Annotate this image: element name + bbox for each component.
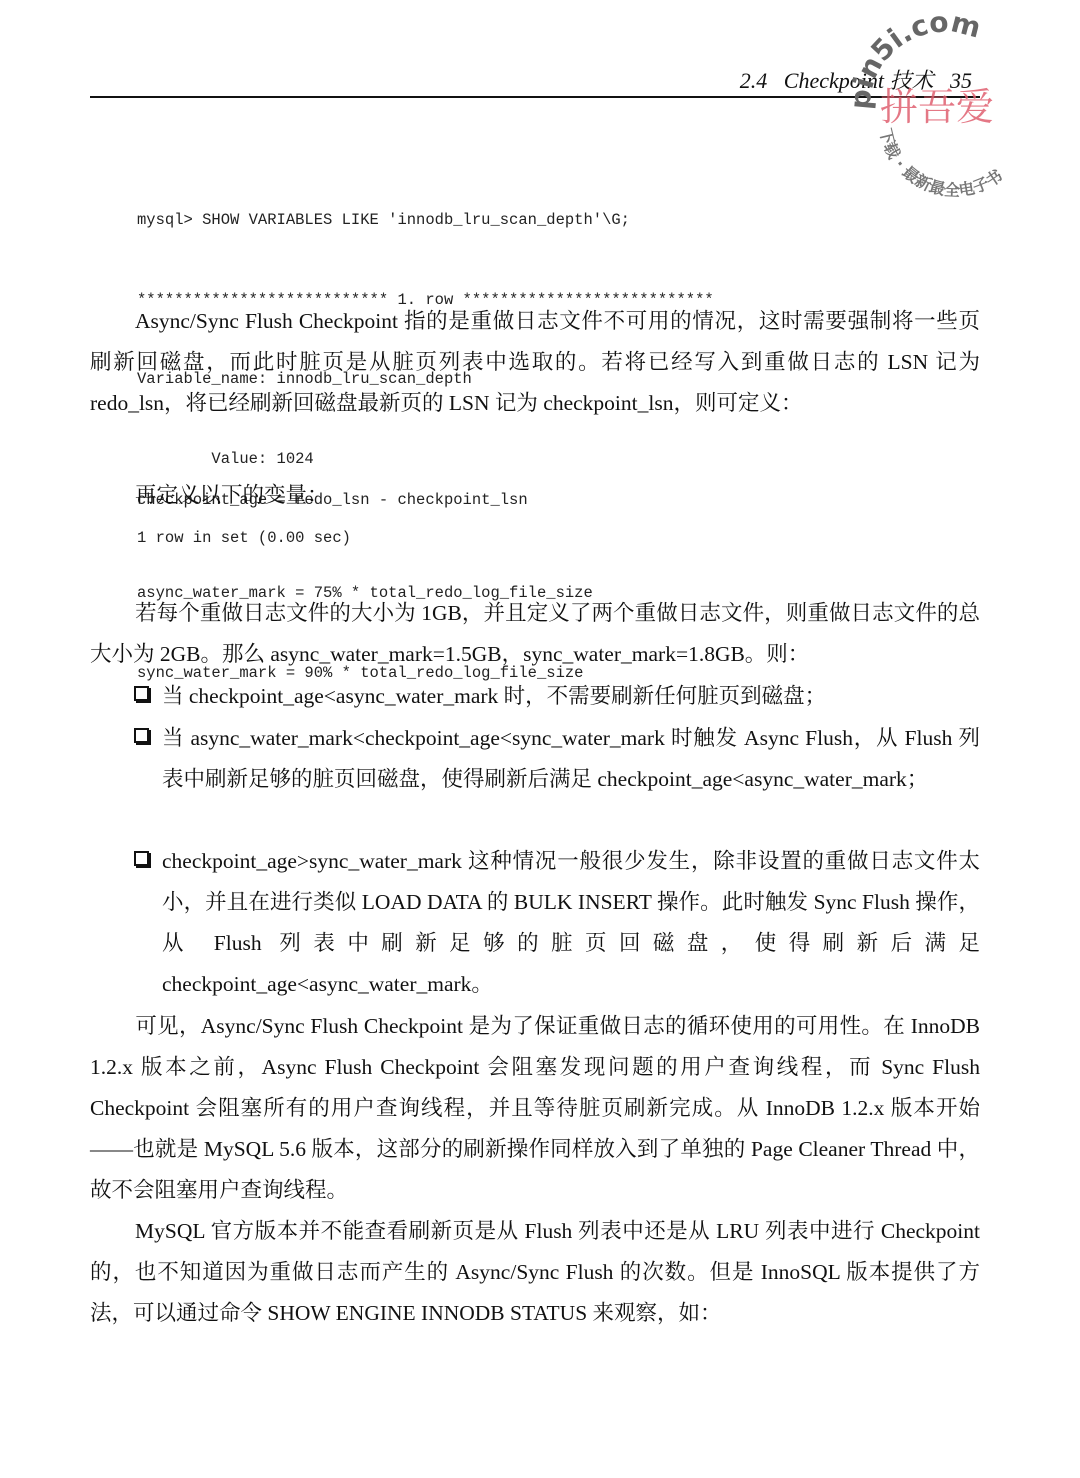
section-number: 2.4 [740,68,768,93]
checkbox-bullet-icon [134,728,149,743]
checkbox-bullet-icon [134,686,149,701]
paragraph-innosql: MySQL 官方版本并不能查看刷新页是从 Flush 列表中还是从 LRU 列表… [90,1211,980,1334]
bullet-item: 当 checkpoint_age<async_water_mark 时，不需要刷… [134,676,980,717]
code-line: mysql> SHOW VARIABLES LIKE 'innodb_lru_s… [137,207,714,234]
paragraph-define-variables: 再定义以下的变量： [90,475,980,516]
watermark-stamp-icon: pin5i.com 拼吾爱 下载 · 最新最全电子书 [840,0,1040,200]
paragraph-file-size-example: 若每个重做日志文件的大小为 1GB，并且定义了两个重做日志文件，则重做日志文件的… [90,593,980,675]
bullet-item: 当 async_water_mark<checkpoint_age<sync_w… [134,718,980,800]
svg-text:下载 · 最新最全电子书: 下载 · 最新最全电子书 [876,126,1006,199]
paragraph-async-sync-intro: Async/Sync Flush Checkpoint 指的是重做日志文件不可用… [90,301,980,424]
paragraph-conclusion: 可见，Async/Sync Flush Checkpoint 是为了保证重做日志… [90,1006,980,1211]
checkbox-bullet-icon [134,851,149,866]
bullet-item: checkpoint_age>sync_water_mark 这种情况一般很少发… [134,841,980,1005]
svg-text:拼吾爱: 拼吾爱 [880,85,994,129]
